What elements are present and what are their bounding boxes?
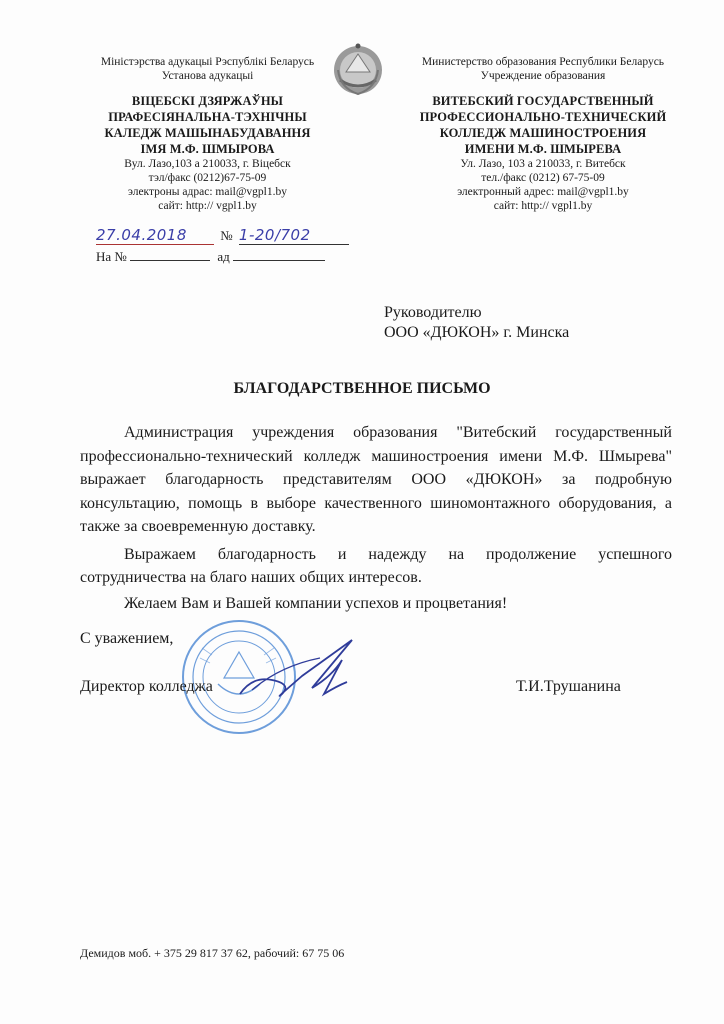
signatory-name: Т.И.Трушанина bbox=[516, 678, 621, 696]
address-be: Вул. Лазо,103 а 210033, г. Віцебск bbox=[80, 157, 335, 171]
registration-block: 27.04.2018 № 1-20/702 На № ад bbox=[96, 226, 356, 268]
phone-ru: тел./факс (0212) 67-75-09 bbox=[398, 171, 688, 185]
reply-date-line bbox=[233, 248, 325, 261]
signature-icon bbox=[232, 636, 362, 706]
college-name-be: ВІЦЕБСКІ ДЗЯРЖАЎНЫ ПРАФЕСІЯНАЛЬНА-ТЭХНІЧ… bbox=[80, 93, 335, 157]
header-left: Міністэрства адукацыі Рэспублікі Беларус… bbox=[80, 55, 335, 213]
name-line: КОЛЛЕДЖ МАШИНОСТРОЕНИЯ bbox=[398, 125, 688, 141]
header-right: Министерство образования Республики Бела… bbox=[398, 55, 688, 213]
college-name-ru: ВИТЕБСКИЙ ГОСУДАРСТВЕННЫЙ ПРОФЕССИОНАЛЬН… bbox=[398, 93, 688, 157]
body-paragraph: Администрация учреждения образования "Ви… bbox=[80, 421, 672, 539]
regards-text: С уважением, bbox=[80, 630, 173, 648]
name-line: ВИТЕБСКИЙ ГОСУДАРСТВЕННЫЙ bbox=[398, 93, 688, 109]
ministry-ru: Министерство образования Республики Бела… bbox=[398, 55, 688, 69]
address-ru: Ул. Лазо, 103 а 210033, г. Витебск bbox=[398, 157, 688, 171]
coat-of-arms-icon bbox=[330, 40, 386, 100]
recipient-line-1: Руководителю bbox=[384, 303, 569, 323]
registration-date: 27.04.2018 bbox=[96, 226, 214, 245]
name-line: ІМЯ М.Ф. ШМЫРОВА bbox=[80, 141, 335, 157]
email-be: электроны адрас: mail@vgpl1.by bbox=[80, 185, 335, 199]
body-paragraph: Выражаем благодарность и надежду на прод… bbox=[80, 543, 672, 590]
email-ru: электронный адрес: mail@vgpl1.by bbox=[398, 185, 688, 199]
letter-title: БЛАГОДАРСТВЕННОЕ ПИСЬМО bbox=[0, 380, 724, 398]
phone-be: тэл/факс (0212)67-75-09 bbox=[80, 171, 335, 185]
ministry-be: Міністэрства адукацыі Рэспублікі Беларус… bbox=[80, 55, 335, 69]
number-label: № bbox=[220, 228, 232, 243]
name-line: ВІЦЕБСКІ ДЗЯРЖАЎНЫ bbox=[80, 93, 335, 109]
institution-type-be: Установа адукацыі bbox=[80, 69, 335, 83]
reply-number-line bbox=[130, 248, 210, 261]
name-line: КАЛЕДЖ МАШЫНАБУДАВАННЯ bbox=[80, 125, 335, 141]
footer-contact: Демидов моб. + 375 29 817 37 62, рабочий… bbox=[80, 946, 344, 961]
name-line: ПРОФЕССИОНАЛЬНО-ТЕХНИЧЕСКИЙ bbox=[398, 109, 688, 125]
director-position: Директор колледжа bbox=[80, 678, 213, 696]
institution-type-ru: Учреждение образования bbox=[398, 69, 688, 83]
recipient-line-2: ООО «ДЮКОН» г. Минска bbox=[384, 323, 569, 343]
site-ru: сайт: http:// vgpl1.by bbox=[398, 199, 688, 213]
registration-number: 1-20/702 bbox=[239, 226, 349, 245]
from-label: ад bbox=[217, 249, 229, 264]
recipient-block: Руководителю ООО «ДЮКОН» г. Минска bbox=[384, 303, 569, 343]
name-line: ПРАФЕСІЯНАЛЬНА-ТЭХНІЧНЫ bbox=[80, 109, 335, 125]
reply-number-label: На № bbox=[96, 249, 127, 264]
letter-body: Администрация учреждения образования "Ви… bbox=[80, 421, 672, 615]
name-line: ИМЕНИ М.Ф. ШМЫРЕВА bbox=[398, 141, 688, 157]
body-paragraph: Желаем Вам и Вашей компании успехов и пр… bbox=[80, 592, 672, 616]
site-be: сайт: http:// vgpl1.by bbox=[80, 199, 335, 213]
